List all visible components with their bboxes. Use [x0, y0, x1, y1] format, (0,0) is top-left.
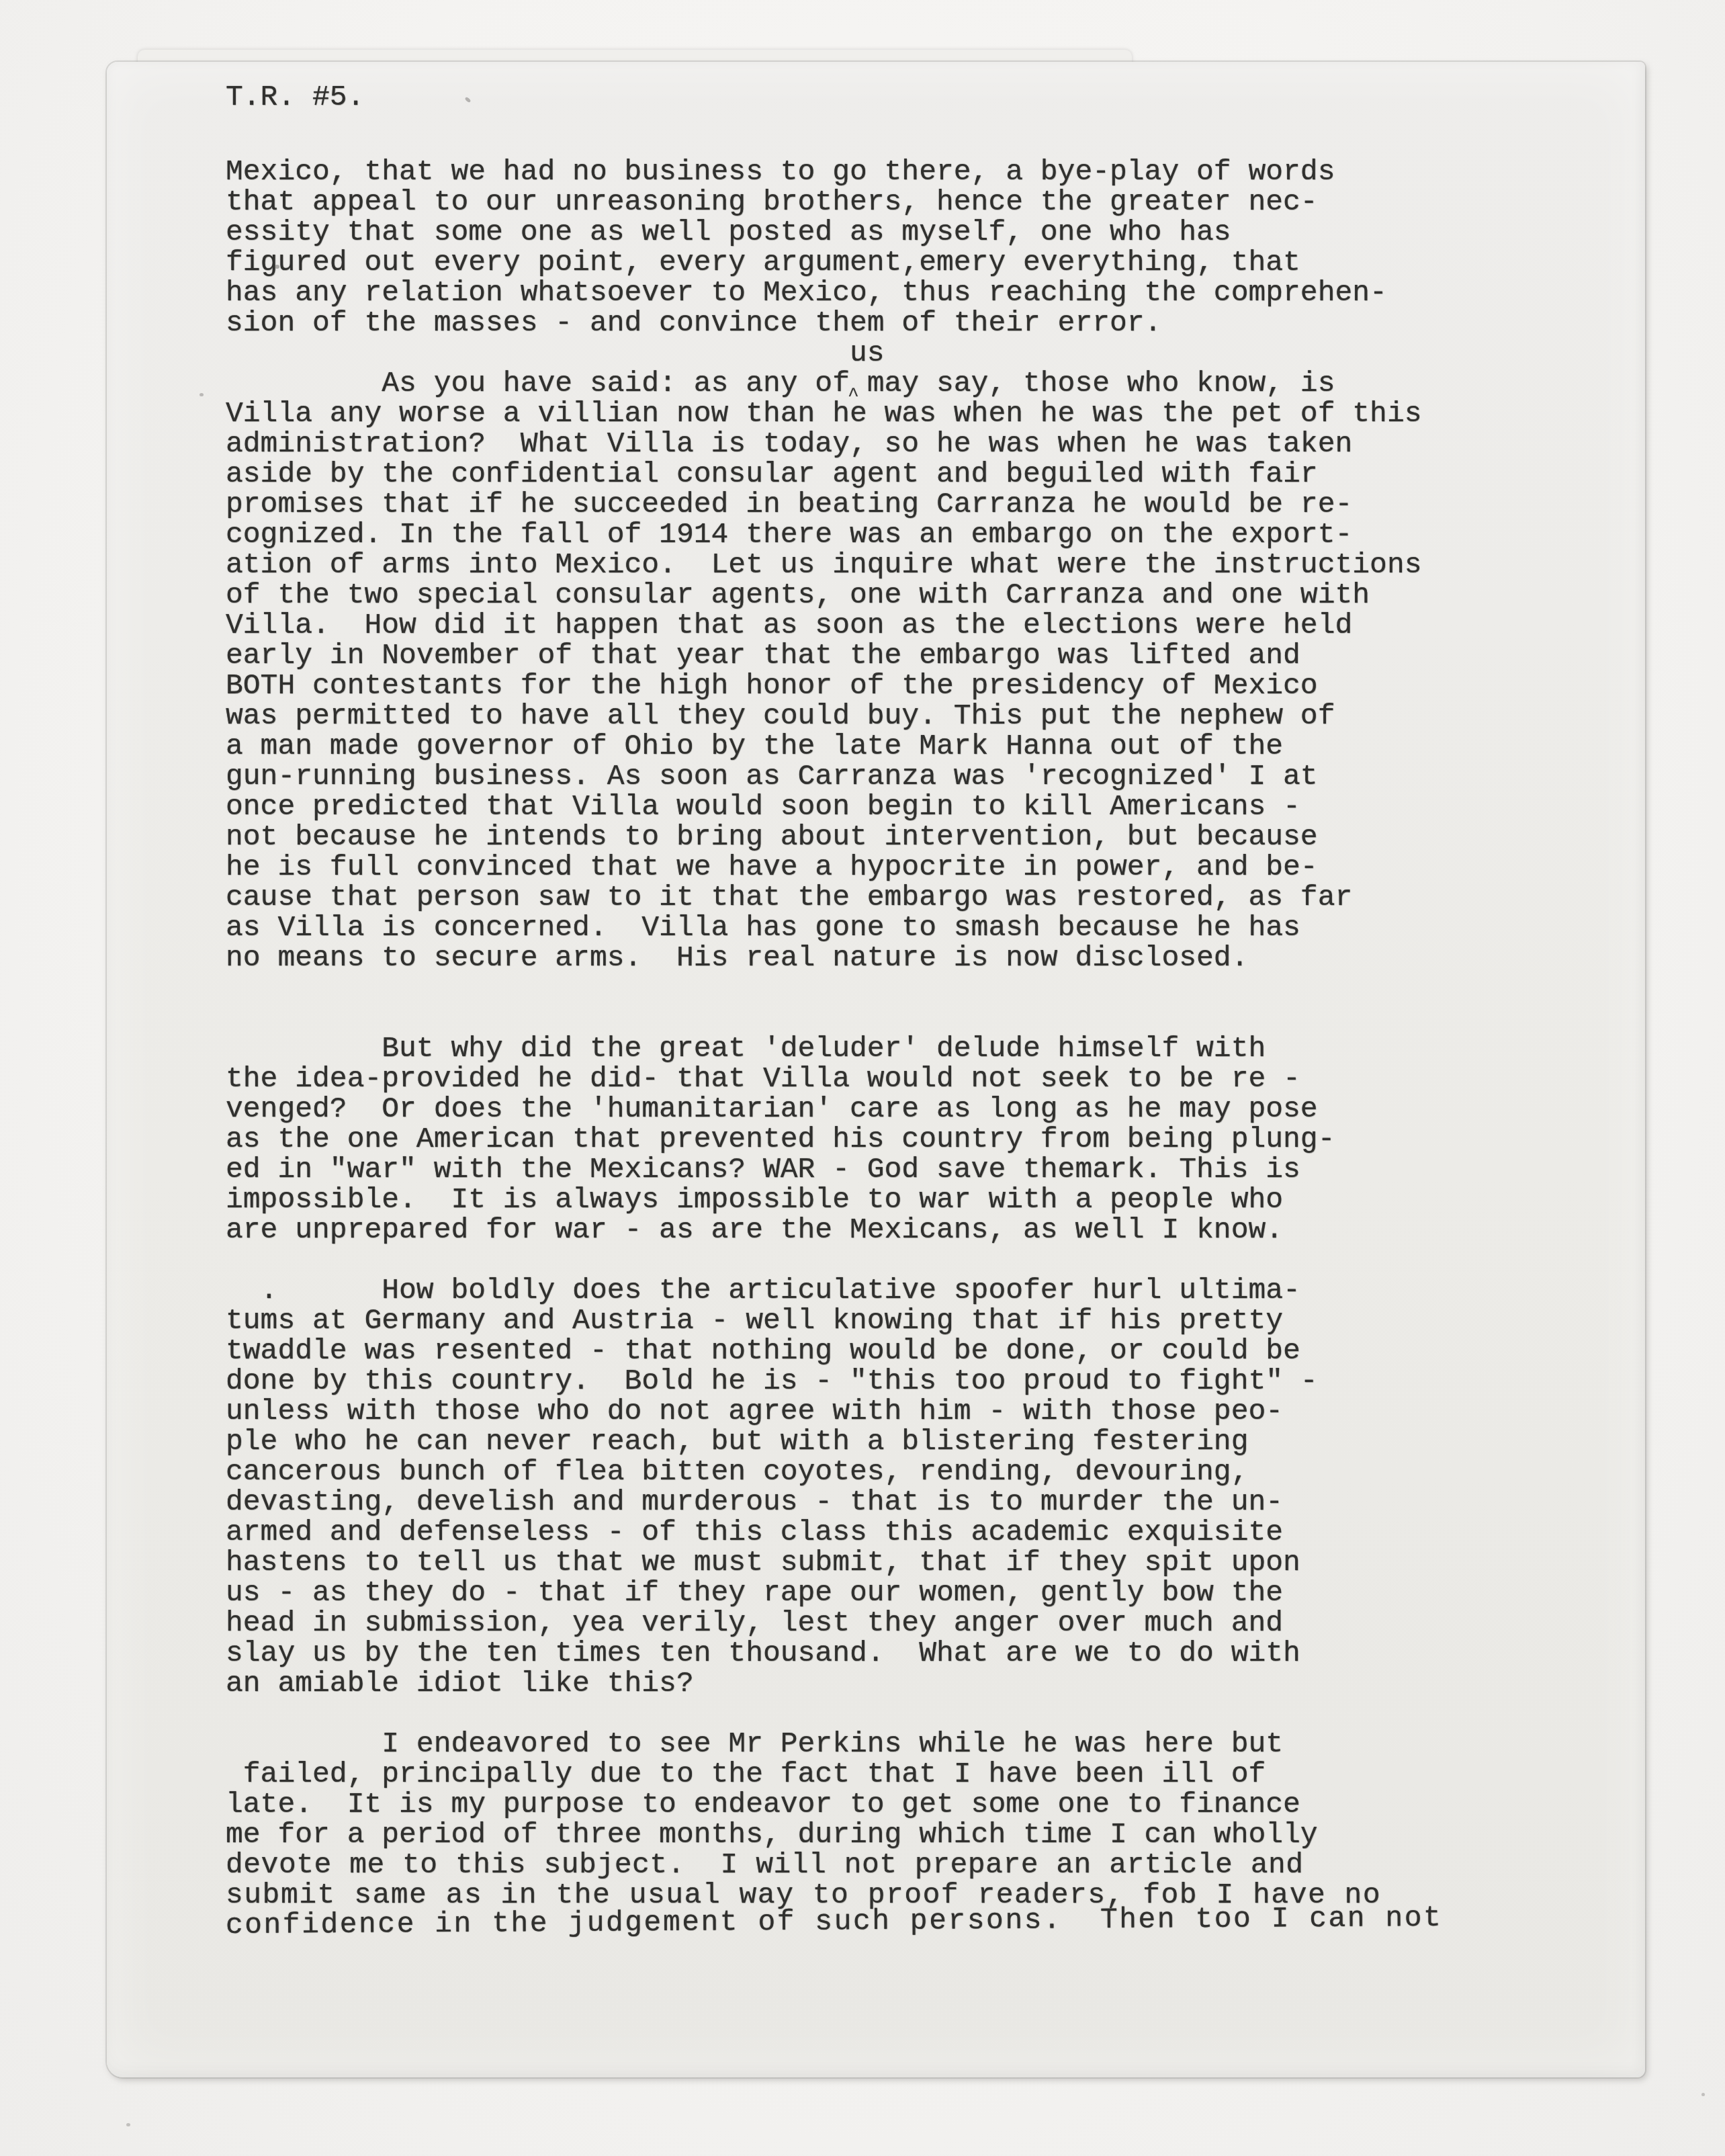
text-line: tums at Germany and Austria - well knowi… [226, 1305, 1442, 1336]
text-line: has any relation whatsoever to Mexico, t… [226, 277, 1442, 308]
text-line: slay us by the ten times ten thousand. W… [226, 1638, 1442, 1668]
text-line: confidence in the judgement of such pers… [226, 1903, 1443, 1940]
text-line: late. It is my purpose to endeavor to ge… [226, 1789, 1442, 1819]
text-line: armed and defenseless - of this class th… [226, 1517, 1442, 1547]
insertion-caret-mark: ^ [848, 386, 859, 406]
text-line: no means to secure arms. His real nature… [226, 943, 1442, 973]
text-line: Villa any worse a villian now than he wa… [226, 398, 1442, 429]
typewritten-text: Mexico, that we had no business to go th… [226, 157, 1442, 1940]
ink-speck [126, 2123, 130, 2126]
text-line: done by this country. Bold he is - "this… [226, 1366, 1442, 1396]
text-line: cognized. In the fall of 1914 there was … [226, 519, 1442, 550]
text-line: administration? What Villa is today, so … [226, 429, 1442, 459]
text-line: he is full convinced that we have a hypo… [226, 852, 1442, 882]
text-line: me for a period of three months, during … [226, 1819, 1442, 1850]
text-line: venged? Or does the 'humanitarian' care … [226, 1094, 1442, 1124]
text-line: sion of the masses - and convince them o… [226, 308, 1442, 338]
text-line: once predicted that Villa would soon beg… [226, 791, 1442, 822]
text-line: a man made governor of Ohio by the late … [226, 731, 1442, 761]
text-line: . How boldly does the articulative spoof… [226, 1275, 1442, 1305]
text-line: an amiable idiot like this? [226, 1668, 1442, 1698]
text-line: ation of arms into Mexico. Let us inquir… [226, 550, 1442, 580]
text-line: aside by the confidential consular agent… [226, 459, 1442, 489]
text-line: As you have said: as any of may say, tho… [226, 368, 1442, 398]
text-line: devasting, develish and murderous - that… [226, 1487, 1442, 1517]
text-line: Mexico, that we had no business to go th… [226, 157, 1442, 187]
text-line: are unprepared for war - as are the Mexi… [226, 1215, 1442, 1245]
text-line: Villa. How did it happen that as soon as… [226, 610, 1442, 640]
text-line: twaddle was resented - that nothing woul… [226, 1336, 1442, 1366]
text-line: I endeavored to see Mr Perkins while he … [226, 1729, 1442, 1759]
text-line: failed, principally due to the fact that… [226, 1759, 1442, 1789]
text-line: the idea-provided he did- that Villa wou… [226, 1064, 1442, 1094]
text-line: us - as they do - that if they rape our … [226, 1578, 1442, 1608]
text-line: figured out every point, every argument,… [226, 247, 1442, 277]
text-line: promises that if he succeeded in beating… [226, 489, 1442, 519]
text-line: But why did the great 'deluder' delude h… [226, 1033, 1442, 1064]
text-line: unless with those who do not agree with … [226, 1396, 1442, 1426]
text-line [226, 1003, 1442, 1033]
text-line: ple who he can never reach, but with a b… [226, 1426, 1442, 1457]
text-line [226, 973, 1442, 1003]
text-line: ed in "war" with the Mexicans? WAR - God… [226, 1154, 1442, 1184]
text-line: head in submission, yea verily, lest the… [226, 1608, 1442, 1638]
text-line [226, 1245, 1442, 1275]
text-line: impossible. It is always impossible to w… [226, 1184, 1442, 1215]
text-line: us [226, 338, 1442, 368]
text-line: early in November of that year that the … [226, 640, 1442, 671]
text-line: not because he intends to bring about in… [226, 822, 1442, 852]
text-line: of the two special consular agents, one … [226, 580, 1442, 610]
text-line [226, 1698, 1442, 1729]
text-line: cancerous bunch of flea bitten coyotes, … [226, 1457, 1442, 1487]
text-line: cause that person saw to it that the emb… [226, 882, 1442, 912]
text-line: was permitted to have all they could buy… [226, 701, 1442, 731]
text-line: as Villa is concerned. Villa has gone to… [226, 912, 1442, 943]
text-line: hastens to tell us that we must submit, … [226, 1547, 1442, 1578]
text-line: as the one American that prevented his c… [226, 1124, 1442, 1154]
ink-speck [275, 265, 279, 269]
text-line: gun-running business. As soon as Carranz… [226, 761, 1442, 791]
text-line: that appeal to our unreasoning brothers,… [226, 187, 1442, 217]
text-line: BOTH contestants for the high honor of t… [226, 671, 1442, 701]
text-line: essity that some one as well posted as m… [226, 217, 1442, 247]
ink-speck [200, 393, 204, 396]
page-label: T.R. #5. [226, 82, 364, 112]
text-line: devote me to this subject. I will not pr… [226, 1850, 1442, 1880]
ink-speck [1701, 2093, 1705, 2096]
